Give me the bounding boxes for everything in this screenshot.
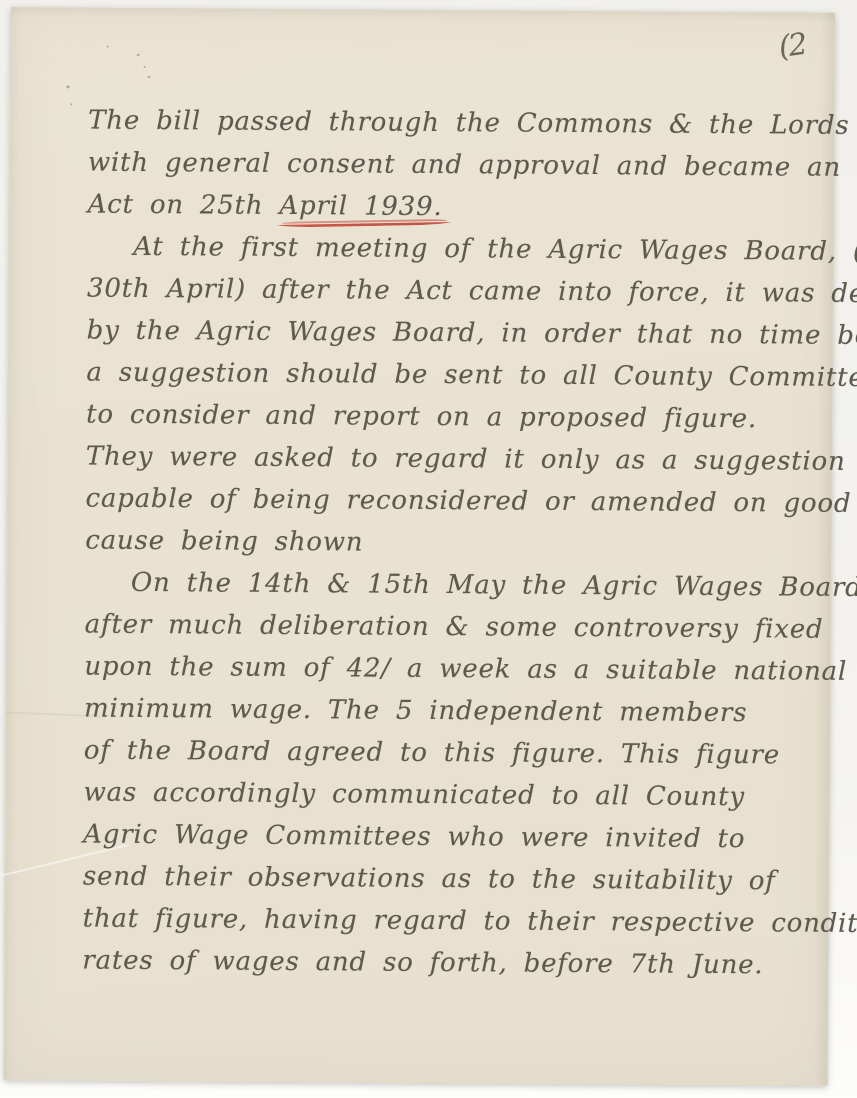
handwritten-line: At the first meeting of the Agric Wages … [87,226,811,273]
paper-speck [137,54,140,56]
handwritten-line: Act on 25th April 1939. [87,184,811,231]
handwritten-line: that figure, having regard to their resp… [82,898,806,945]
handwritten-line: The bill passed through the Commons & th… [88,100,812,147]
red-underlined-date: April 1939. [279,185,442,228]
paper-speck [144,66,146,68]
handwritten-line: by the Agric Wages Board, in order that … [87,310,811,357]
paper-speck [66,85,69,88]
handwritten-line: minimum wage. The 5 independent members [84,688,808,735]
handwritten-line: send their observations as to the suitab… [83,856,807,903]
handwritten-line: 30th April) after the Act came into forc… [87,268,811,315]
handwritten-line: capable of being reconsidered or amended… [85,478,809,525]
handwritten-text-block: The bill passed through the Commons & th… [82,100,812,987]
handwritten-line: after much deliberation & some controver… [85,604,809,651]
handwritten-line: They were asked to regard it only as a s… [86,436,810,483]
handwritten-line: of the Board agreed to this figure. This… [84,730,808,777]
handwritten-line: cause being shown [85,520,809,567]
handwritten-line: with general consent and approval and be… [88,142,812,189]
paper-speck [107,46,109,48]
handwritten-line: On the 14th & 15th May the Agric Wages B… [85,562,809,609]
handwritten-line: a suggestion should be sent to all Count… [86,352,810,399]
paper-speck [148,76,151,78]
handwritten-line: Agric Wage Committees who were invited t… [83,814,807,861]
scan-background: (2 The bill passed through the Commons &… [0,0,857,1098]
handwritten-line: rates of wages and so forth, before 7th … [82,940,806,987]
page-number: (2 [777,27,808,65]
handwritten-line: was accordingly communicated to all Coun… [83,772,807,819]
line-segment: Act on 25th [88,190,280,221]
handwritten-line: to consider and report on a proposed fig… [86,394,810,441]
paper-speck [70,103,72,105]
handwritten-line: upon the sum of 42/ a week as a suitable… [84,646,808,693]
manuscript-page: (2 The bill passed through the Commons &… [4,7,835,1086]
